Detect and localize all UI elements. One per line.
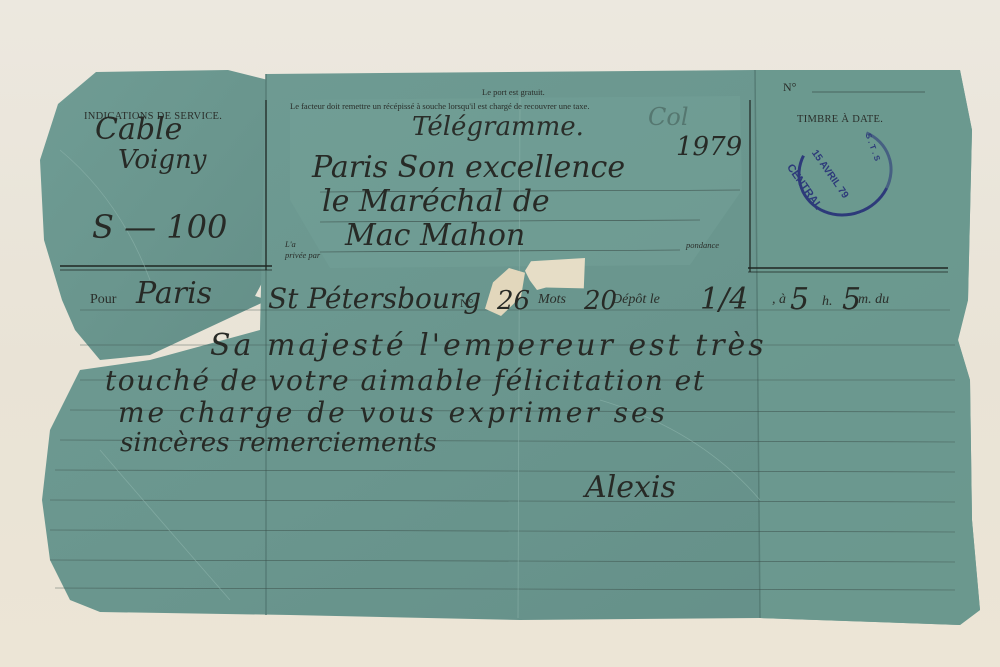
telegram-document: Le port est gratuit. Le facteur doit rem… — [0, 0, 1000, 667]
at-label: , à — [772, 292, 786, 308]
message-line-3: me charge de vous exprimer ses — [118, 396, 668, 429]
destination-value: Paris — [136, 276, 212, 311]
number-field-value: 26 — [497, 286, 530, 316]
number-label: N° — [783, 80, 796, 95]
hour-label: h. — [822, 294, 833, 310]
words-label: Mots — [538, 292, 566, 308]
margin-note: Col — [648, 103, 689, 131]
message-line-1: Sa majesté l'empereur est très — [210, 328, 767, 363]
header-line-2: Le facteur doit remettre un récépissé à … — [290, 101, 589, 111]
deposit-label: Dépôt le — [612, 292, 660, 308]
address-line-2: le Maréchal de — [322, 184, 550, 219]
telegram-title: Télégramme. — [412, 112, 584, 142]
service-note-3: S — 100 — [92, 208, 227, 246]
message-line-4: sincères remerciements — [120, 428, 437, 458]
hour-value: 5 — [790, 282, 809, 317]
minute-label: m. du — [858, 292, 889, 308]
torn-patch — [525, 258, 585, 290]
deposit-date: 1/4 — [700, 282, 748, 317]
pour-label: Pour — [90, 292, 116, 308]
number-field-label: N° — [460, 296, 473, 311]
message-line-2: touché de votre aimable félicitation et — [105, 364, 706, 397]
signature: Alexis — [585, 470, 676, 505]
service-note-1: Cable — [95, 112, 182, 147]
header-line-1: Le port est gratuit. — [482, 87, 545, 97]
origin-value: St Pétersbourg — [268, 282, 481, 315]
side-note-left-2: privée par — [285, 250, 320, 260]
service-note-2: Voigny — [118, 145, 206, 175]
address-line-3: Mac Mahon — [345, 218, 525, 253]
address-line-1: Paris Son excellence — [312, 150, 625, 185]
side-note-right: pondance — [686, 240, 719, 250]
telegram-number: 1979 — [676, 132, 742, 162]
date-stamp-label: TIMBRE À DATE. — [797, 114, 883, 125]
side-note-left-1: L'a — [285, 239, 296, 249]
